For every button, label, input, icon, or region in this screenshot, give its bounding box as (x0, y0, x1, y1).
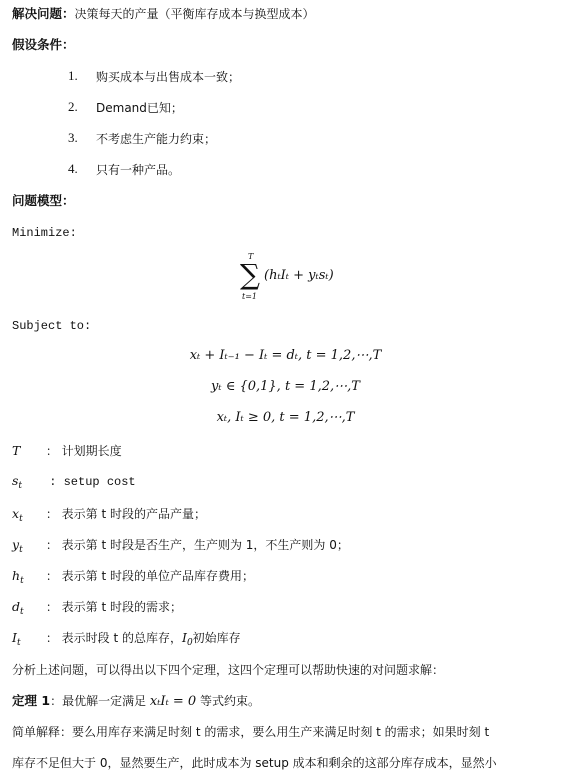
variable-symbol: dt (12, 599, 42, 617)
list-item: 购买成本与出售成本一致； (96, 68, 240, 85)
constraint-balance: xₜ + Iₜ₋₁ − Iₜ = dₜ, t = 1,2,⋯,T (0, 348, 571, 363)
list-item: 只有一种产品。 (96, 161, 180, 178)
theorem-1-label: 定理 1 (12, 693, 50, 708)
analysis-intro: 分析上述问题，可以得出以下四个定理，这四个定理可以帮助快速的对问题求解： (12, 661, 444, 679)
variable-description: setup cost (64, 475, 136, 489)
variable-definition: T ： 计划期长度 (12, 442, 122, 459)
objective-function: T ∑ t=1 (hₜIₜ + yₜsₜ) (240, 252, 370, 306)
variable-symbol: xt (12, 506, 42, 524)
theorem-1: 定理 1：最优解一定满足 xₜIₜ = 0 等式约束。 (12, 692, 260, 711)
variable-description: 表示时段 t 的总库存， (62, 631, 182, 645)
list-number: 2. (68, 99, 78, 115)
variable-definition: dt ： 表示第 t 时段的需求； (12, 598, 182, 617)
assumptions-heading: 假设条件： (12, 36, 75, 54)
variable-definition: st : setup cost (12, 473, 136, 491)
list-number: 4. (68, 161, 78, 177)
minimize-label: Minimize: (12, 224, 77, 242)
variable-symbol: It (12, 630, 42, 648)
constraint-binary: yₜ ∈ {0,1}, t = 1,2,⋯,T (0, 379, 571, 394)
variable-description: 表示第 t 时段的需求； (62, 600, 182, 614)
explanation-line-1: 简单解释：要么用库存来满足时刻 t 的需求，要么用生产来满足时刻 t 的需求；如… (12, 723, 489, 741)
list-item: 不考虑生产能力约束； (96, 130, 216, 147)
variable-symbol: yt (12, 537, 42, 555)
variable-description: 计划期长度 (62, 444, 122, 458)
initial-inventory-symbol: I0 (182, 630, 193, 645)
list-number: 3. (68, 130, 78, 146)
variable-symbol: ht (12, 568, 42, 586)
variable-symbol: T (12, 443, 42, 458)
variable-definition: It ： 表示时段 t 的总库存，I0初始库存 (12, 629, 241, 648)
problem-text: 决策每天的产量（平衡库存成本与换型成本） (75, 7, 315, 21)
theorem-1-equation: xₜIₜ = 0 (150, 694, 196, 709)
explanation-line-2: 库存不足但大于 0，显然要生产，此时成本为 setup 成本和剩余的这部分库存成… (12, 754, 497, 772)
objective-expression: (hₜIₜ + yₜsₜ) (264, 268, 334, 283)
subject-to-label: Subject to: (12, 317, 91, 335)
problem-label: 解决问题： (12, 6, 75, 21)
variable-symbol: st (12, 473, 42, 491)
variable-description: 表示第 t 时段是否生产，生产则为 1，不生产则为 0； (62, 538, 349, 552)
model-heading: 问题模型： (12, 192, 75, 210)
variable-definition: ht ： 表示第 t 时段的单位产品库存费用； (12, 567, 254, 586)
sigma-icon: ∑ (240, 260, 260, 290)
constraint-nonnegative: xₜ, Iₜ ≥ 0, t = 1,2,⋯,T (0, 410, 571, 425)
problem-statement: 解决问题：决策每天的产量（平衡库存成本与换型成本） (12, 5, 315, 24)
variable-description: 表示第 t 时段的产品产量； (62, 507, 206, 521)
variable-description: 表示第 t 时段的单位产品库存费用； (62, 569, 254, 583)
list-item: Demand已知； (96, 99, 183, 116)
list-number: 1. (68, 68, 78, 84)
sum-lower-limit: t=1 (242, 292, 257, 301)
variable-definition: yt ： 表示第 t 时段是否生产，生产则为 1，不生产则为 0； (12, 536, 349, 555)
variable-definition: xt ： 表示第 t 时段的产品产量； (12, 505, 206, 524)
